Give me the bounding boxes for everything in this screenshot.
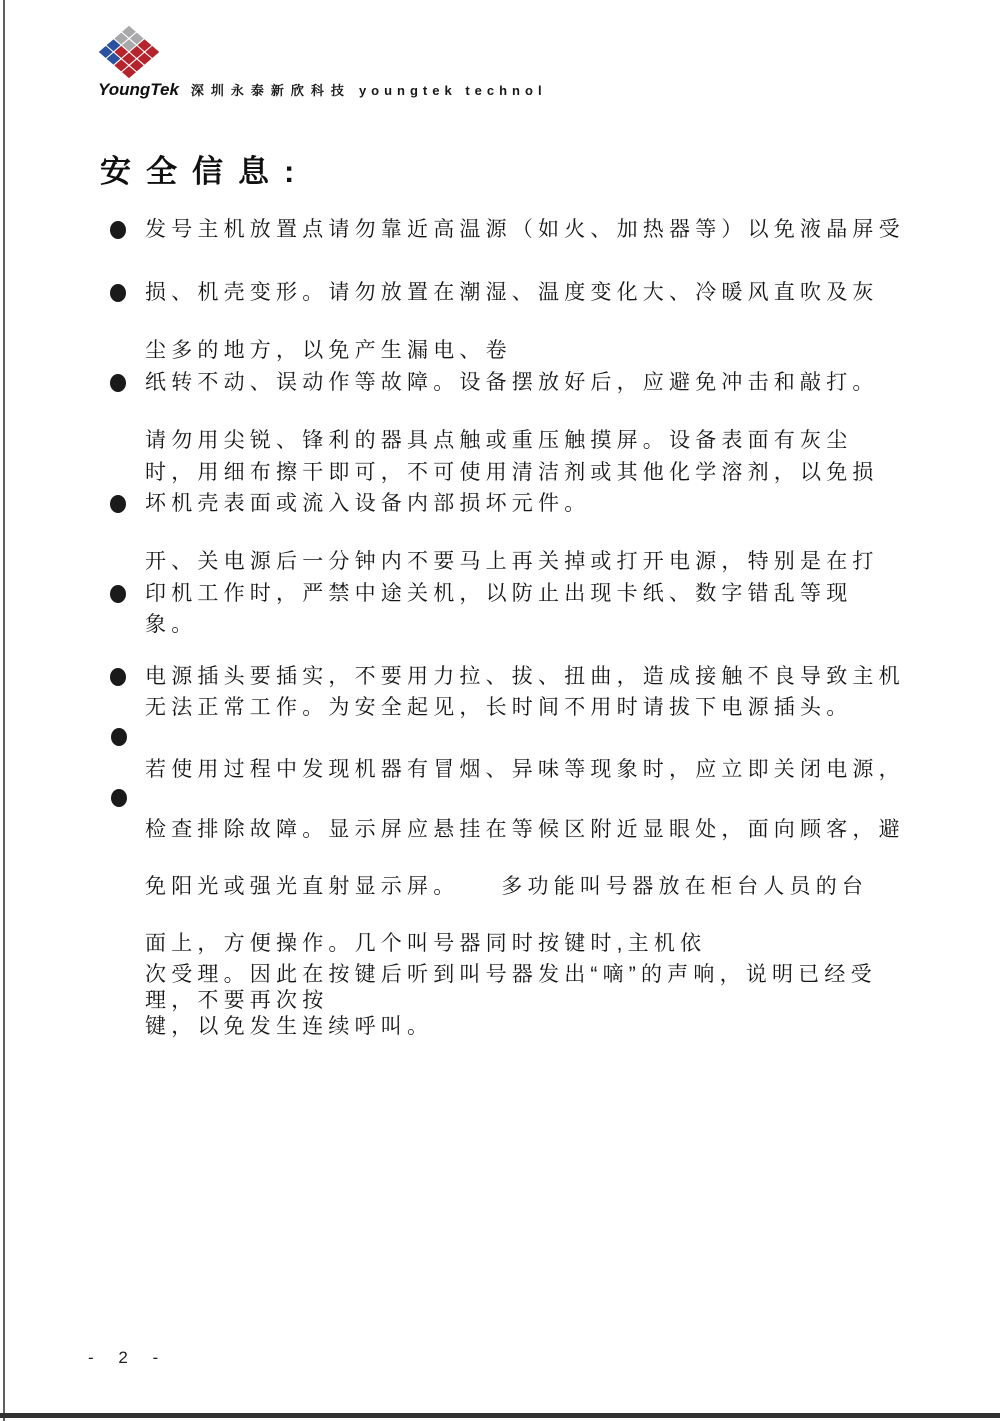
bullet-icon [111,789,127,807]
company-name-cn: 深圳永泰新欣科技 [191,80,351,99]
page-number: - 2 - [88,1348,168,1368]
logo-diamond-icon [98,25,160,79]
text-line: 面上，方便操作。几个叫号器同时按键时,主机依 [145,932,706,958]
text-line-label: 开、关电源后一分钟内不要马上再关掉或打开电源，特别是在打 [145,550,879,573]
text-line-label: 若使用过程中发现机器有冒烟、异味等现象时，应立即关闭电源， [145,758,905,781]
bullet-icon [110,284,126,302]
text-line-label: 面上，方便操作。几个叫号器同时按键时,主机依 [145,932,706,955]
text-line: 尘多的地方，以免产生漏电、卷 [145,339,512,365]
bullet-icon [110,374,126,392]
text-line-label: 象。 [145,613,197,636]
text-line: 请勿用尖锐、锋利的器具点触或重压触摸屏。设备表面有灰尘 [145,429,852,455]
bullet-icon [110,495,126,513]
text-line: 键，以免发生连续呼叫。 [145,1015,433,1041]
text-line-label: 印机工作时，严禁中途关机，以防止出现卡纸、数字错乱等现 [145,582,852,605]
text-line: 开、关电源后一分钟内不要马上再关掉或打开电源，特别是在打 [145,550,879,576]
text-line-label: 纸转不动、误动作等故障。设备摆放好后，应避免冲击和敲打。 [145,371,879,394]
text-line: 免阳光或强光直射显示屏。 多功能叫号器放在柜台人员的台 [145,875,868,901]
page-bottom-edge [0,1413,1000,1418]
text-line: 象。 [145,613,197,639]
text-line-label: 电源插头要插实，不要用力拉、拔、扭曲，造成接触不良导致主机 [145,665,905,688]
text-line: 发号主机放置点请勿靠近高温源（如火、加热器等）以免液晶屏受 [145,218,905,244]
text-line-label: 尘多的地方，以免产生漏电、卷 [145,339,512,362]
bullet-icon [110,668,126,686]
text-line: 无法正常工作。为安全起见，长时间不用时请拔下电源插头。 [145,696,852,722]
bullet-icon [111,728,127,746]
text-line-label: 损、机壳变形。请勿放置在潮湿、温度变化大、冷暖风直吹及灰 [145,281,879,304]
text-line-label: 发号主机放置点请勿靠近高温源（如火、加热器等）以免液晶屏受 [145,218,905,241]
text-line: 印机工作时，严禁中途关机，以防止出现卡纸、数字错乱等现 [145,582,852,608]
text-line: 时，用细布擦干即可，不可使用清洁剂或其他化学溶剂，以免损 [145,461,879,487]
text-line-label: 无法正常工作。为安全起见，长时间不用时请拔下电源插头。 [145,696,852,719]
page-title: 安全信息: [100,146,309,191]
text-line: 理，不要再次按 [145,989,328,1015]
document-page: YoungTek 深圳永泰新欣科技 youngtek technol 安全信息:… [0,0,1000,1421]
company-logo: YoungTek 深圳永泰新欣科技 youngtek technol [98,25,518,100]
company-name-en: youngtek technol [359,83,547,98]
text-line-label: 坏机壳表面或流入设备内部损坏元件。 [145,492,590,515]
text-line-label: 请勿用尖锐、锋利的器具点触或重压触摸屏。设备表面有灰尘 [145,429,852,452]
text-line: 若使用过程中发现机器有冒烟、异味等现象时，应立即关闭电源， [145,758,905,784]
text-line: 次受理。因此在按键后听到叫号器发出“嘀”的声响，说明已经受 [145,963,877,989]
text-line-label: 理，不要再次按 [145,989,328,1012]
standalone-bullet [111,789,127,815]
text-line: 检查排除故障。显示屏应悬挂在等候区附近显眼处，面向顾客，避 [145,818,905,844]
text-line-label: 键，以免发生连续呼叫。 [145,1015,433,1038]
text-line: 损、机壳变形。请勿放置在潮湿、温度变化大、冷暖风直吹及灰 [145,281,879,307]
text-line-label: 检查排除故障。显示屏应悬挂在等候区附近显眼处，面向顾客，避 [145,818,905,841]
text-line-label: 免阳光或强光直射显示屏。 多功能叫号器放在柜台人员的台 [145,875,868,898]
logo-text-row: YoungTek 深圳永泰新欣科技 youngtek technol [98,80,518,100]
bullet-icon [110,221,126,239]
text-line: 坏机壳表面或流入设备内部损坏元件。 [145,492,590,518]
text-line: 电源插头要插实，不要用力拉、拔、扭曲，造成接触不良导致主机 [145,665,905,691]
text-line-label: 次受理。因此在按键后听到叫号器发出“嘀”的声响，说明已经受 [145,963,877,986]
brand-name: YoungTek [98,80,179,100]
page-left-edge [3,0,5,1421]
bullet-icon [110,585,126,603]
standalone-bullet [111,728,127,754]
text-line: 纸转不动、误动作等故障。设备摆放好后，应避免冲击和敲打。 [145,371,879,397]
text-line-label: 时，用细布擦干即可，不可使用清洁剂或其他化学溶剂，以免损 [145,461,879,484]
